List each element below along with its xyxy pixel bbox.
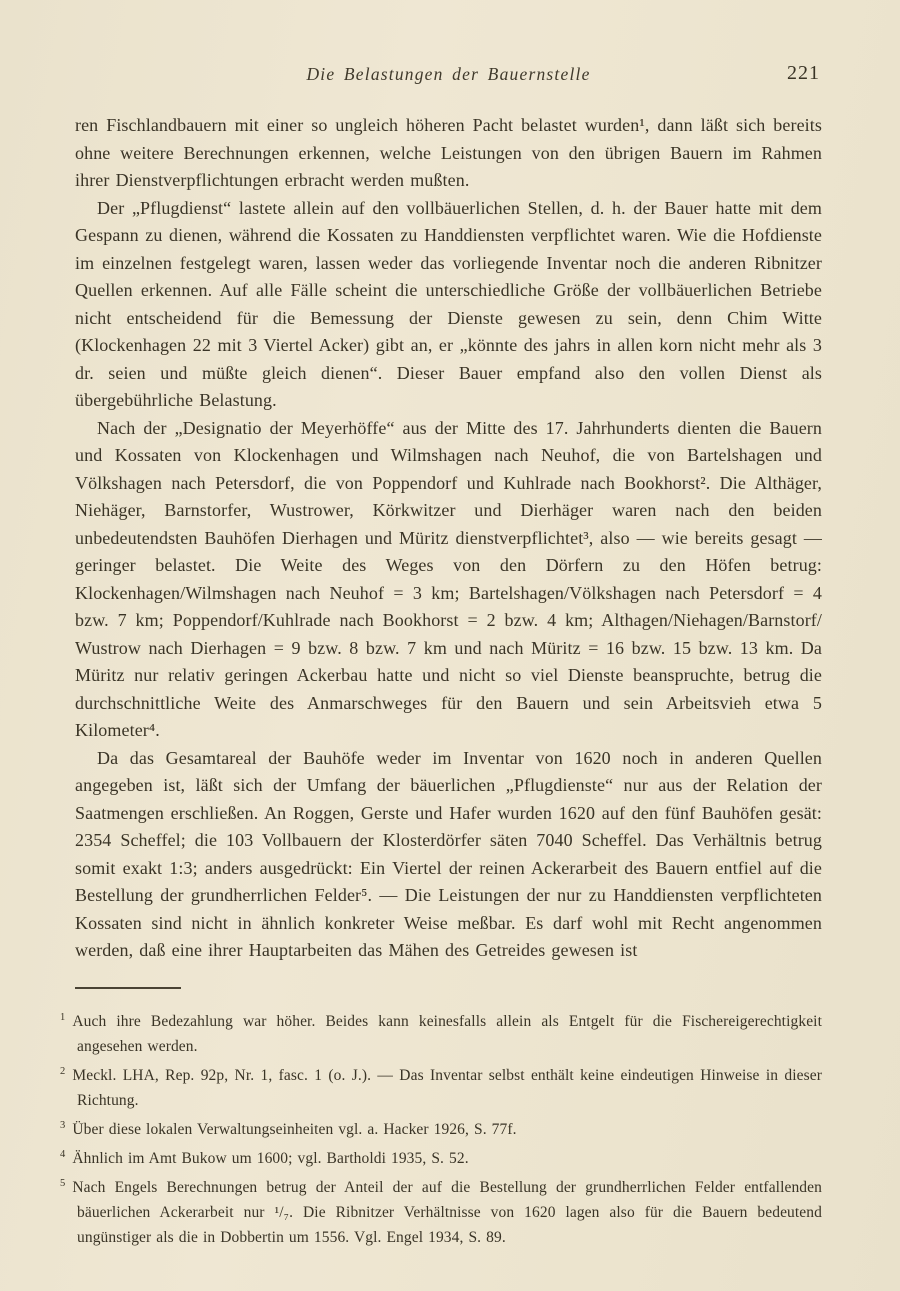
footnote-marker: 3 (60, 1120, 72, 1131)
footnote-separator (75, 987, 181, 989)
footnote-text: Auch ihre Bedezahlung war höher. Beides … (72, 1013, 822, 1055)
footnote: 4Ähnlich im Amt Bukow um 1600; vgl. Bart… (75, 1142, 822, 1171)
page-number: 221 (787, 62, 820, 85)
body-paragraph-gesamtareal: Da das Gesamtareal der Bauhöfe weder im … (75, 745, 822, 965)
footnote-marker: 5 (60, 1178, 72, 1189)
footnote: 5Nach Engels Berechnungen betrug der Ant… (75, 1171, 822, 1250)
body-paragraph-designatio: Nach der „Designatio der Meyerhöffe“ aus… (75, 415, 822, 745)
body-paragraph-continuation: ren Fischlandbauern mit einer so ungleic… (75, 112, 822, 195)
footnote: 2Meckl. LHA, Rep. 92p, Nr. 1, fasc. 1 (o… (75, 1059, 822, 1113)
footnote-marker: 2 (60, 1066, 72, 1077)
footnote: 3Über diese lokalen Verwaltungseinheiten… (75, 1113, 822, 1142)
footnote-marker: 4 (60, 1149, 72, 1160)
running-header-title: Die Belastungen der Bauernstelle (75, 64, 822, 85)
footnote-text: Nach Engels Berechnungen betrug der Ante… (72, 1179, 822, 1246)
footnote-text: Ähnlich im Amt Bukow um 1600; vgl. Barth… (72, 1150, 468, 1167)
footnote: 1Auch ihre Bedezahlung war höher. Beides… (75, 1005, 822, 1059)
footnote-marker: 1 (60, 1012, 72, 1023)
body-text: ren Fischlandbauern mit einer so ungleic… (75, 112, 822, 965)
footnote-text: Über diese lokalen Verwaltungseinheiten … (72, 1121, 516, 1138)
footnotes: 1Auch ihre Bedezahlung war höher. Beides… (75, 1005, 822, 1250)
running-head: Die Belastungen der Bauernstelle 221 (75, 64, 822, 90)
footnote-text: Meckl. LHA, Rep. 92p, Nr. 1, fasc. 1 (o.… (72, 1067, 822, 1109)
book-page: Die Belastungen der Bauernstelle 221 ren… (0, 0, 900, 1291)
body-paragraph-pflugdienst: Der „Pflugdienst“ lastete allein auf den… (75, 195, 822, 415)
